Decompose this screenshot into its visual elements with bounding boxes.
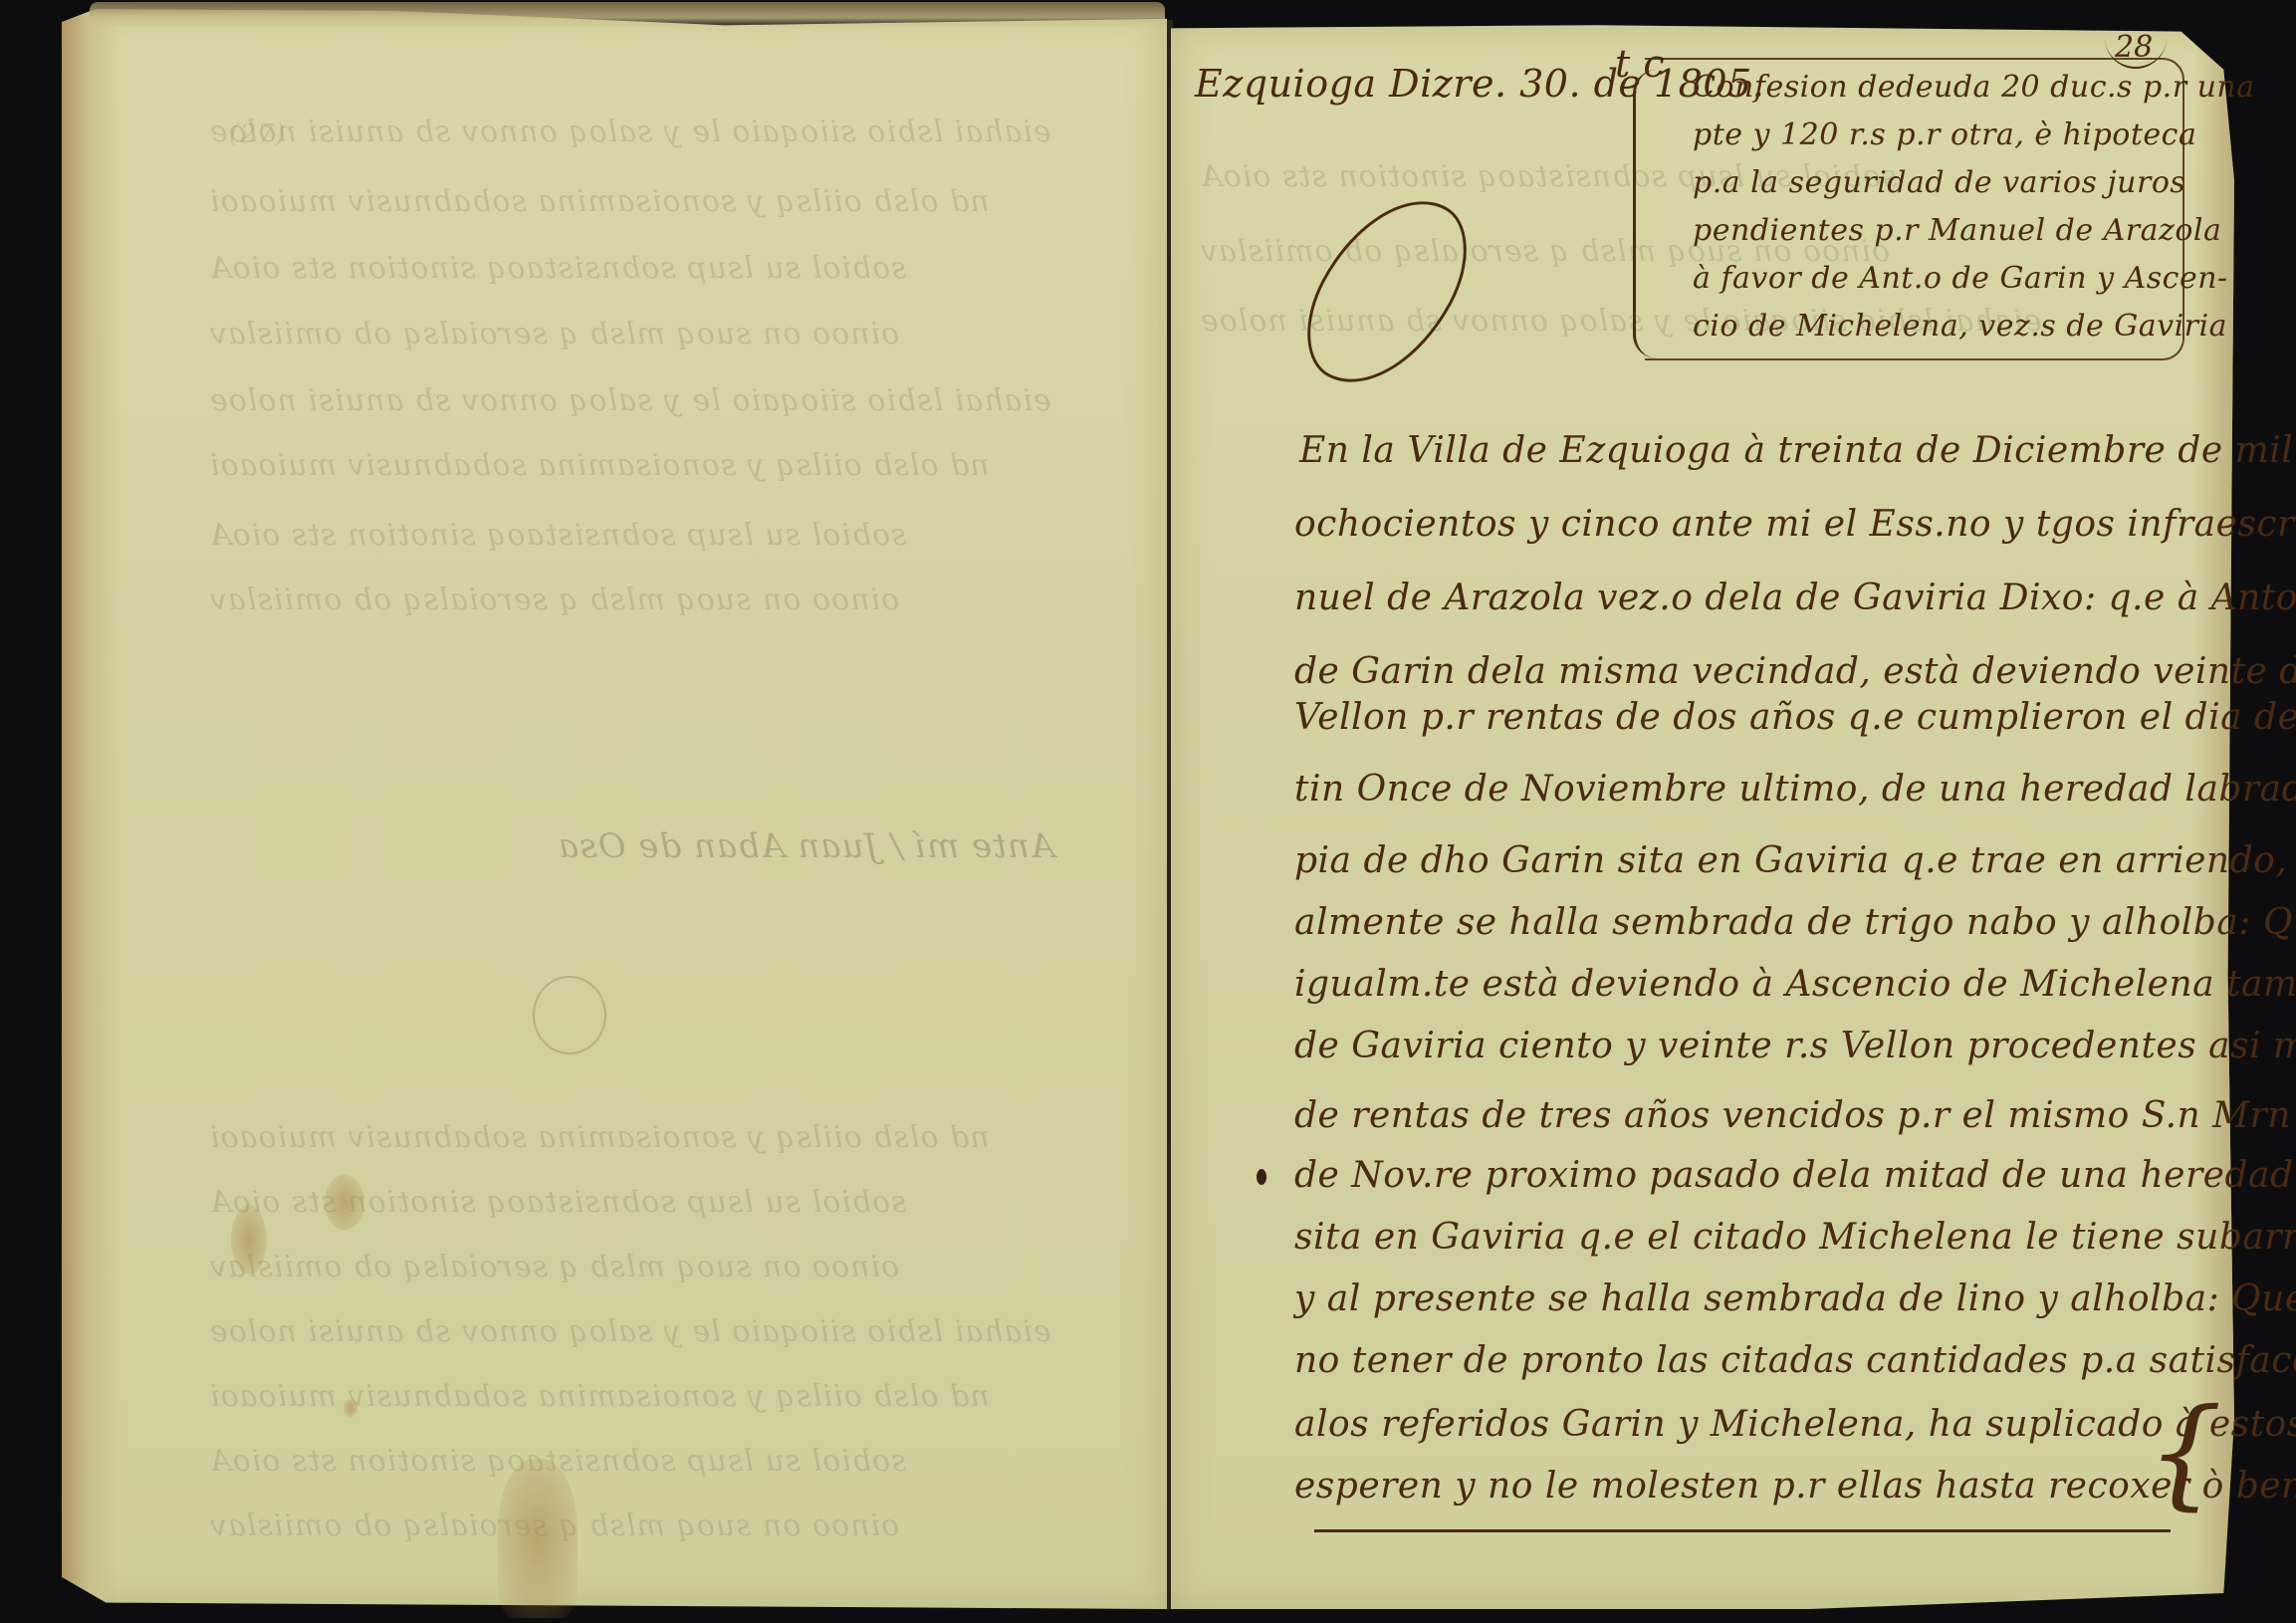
ghost-line: nd olsb oiilsq y sonoisamina sobabnusiv …: [209, 1379, 990, 1414]
ink-drop: [1257, 1169, 1266, 1185]
body-line: nuel de Arazola vez.o dela de Gaviria Di…: [1294, 578, 2296, 618]
body-line: almente se halla sembrada de trigo nabo …: [1294, 902, 2296, 943]
ink-spot: [344, 1399, 357, 1417]
summary-line: pendientes p.r Manuel de Arazola: [1693, 213, 2221, 248]
body-line: Vellon p.r rentas de dos años q.e cumpli…: [1294, 697, 2296, 738]
ghost-line: oinoo on suoq mlsb q seroialsq ob omiisl…: [209, 1250, 899, 1284]
ghost-line: eiahai lsbio siioqaio le y saloq onnov s…: [209, 1314, 1051, 1349]
closing-rule: [1314, 1529, 2171, 1532]
body-line: igualm.te està deviendo à Ascencio de Mi…: [1294, 964, 2296, 1005]
body-line: En la Villa de Ezquioga à treinta de Dic…: [1299, 430, 2293, 471]
summary-line: p.a la seguridad de varios juros: [1693, 165, 2185, 200]
ghost-line: oinoo on suoq mlsb q seroialsq ob omiisl…: [209, 582, 899, 617]
summary-line: pte y 120 r.s p.r otra, è hipoteca: [1693, 117, 2196, 152]
summary-line: cio de Michelena, vez.s de Gaviria: [1693, 309, 2227, 344]
body-line: no tener de pronto las citadas cantidade…: [1294, 1340, 2296, 1381]
ghost-line: sobiol su lsup sobnsistaoq sinotion sts …: [209, 1185, 907, 1220]
body-line: y al presente se halla sembrada de lino …: [1294, 1278, 2296, 1319]
ghost-line: nd olsb oiilsq y sonoisamina sobabnusiv …: [209, 1120, 990, 1155]
water-stain: [231, 1205, 267, 1275]
left-page-top-edge: [90, 2, 1165, 28]
manuscript-scan: (27) eiahai lsbio siioqaio le y saloq on…: [0, 0, 2296, 1623]
water-stain: [498, 1459, 577, 1618]
ghost-line: oinoo on suoq mlsb q seroialsq ob omiisl…: [209, 317, 899, 351]
summary-line: à favor de Ant.o de Garin y Ascen-: [1693, 261, 2228, 296]
ghost-line: eiahai lsbio siioqaio le y saloq onnov s…: [209, 115, 1051, 149]
summary-line: Confesion dedeuda 20 duc.s p.r una: [1693, 70, 2255, 105]
body-line: de Garin dela misma vecindad, està devie…: [1294, 651, 2296, 692]
body-line: de Nov.re proximo pasado dela mitad de u…: [1294, 1155, 2296, 1196]
body-line: tin Once de Noviembre ultimo, de una her…: [1294, 769, 2296, 810]
water-stain: [325, 1175, 364, 1230]
ghost-line: nd olsb oiilsq y sonoisamina sobabnusiv …: [209, 184, 990, 219]
ghost-line: sobiol su lsup sobnsistaoq sinotion sts …: [209, 518, 907, 553]
body-line: sita en Gaviria q.e el citado Michelena …: [1294, 1217, 2296, 1258]
body-line: de rentas de tres años vencidos p.r el m…: [1294, 1095, 2296, 1136]
body-line: de Gaviria ciento y veinte r.s Vellon pr…: [1294, 1026, 2296, 1066]
ghost-line: sobiol su lsup sobnsistaoq sinotion sts …: [209, 251, 907, 286]
left-page: [62, 6, 1167, 1609]
body-line: ochocientos y cinco ante mi el Ess.no y …: [1294, 504, 2296, 545]
ghost-line: nd olsb oiilsq y sonoisamina sobabnusiv …: [209, 448, 990, 483]
ghost-flourish: [533, 976, 606, 1054]
body-line: pia de dho Garin sita en Gaviria q.e tra…: [1294, 840, 2296, 881]
summary-brace: [1633, 70, 1660, 358]
mirrored-signature: Ante mí / Juan Aban de Osa: [558, 826, 1054, 866]
closing-brace: {: [2147, 1394, 2222, 1513]
ghost-line: eiahai lsbio siioqaio le y saloq onnov s…: [209, 383, 1051, 418]
